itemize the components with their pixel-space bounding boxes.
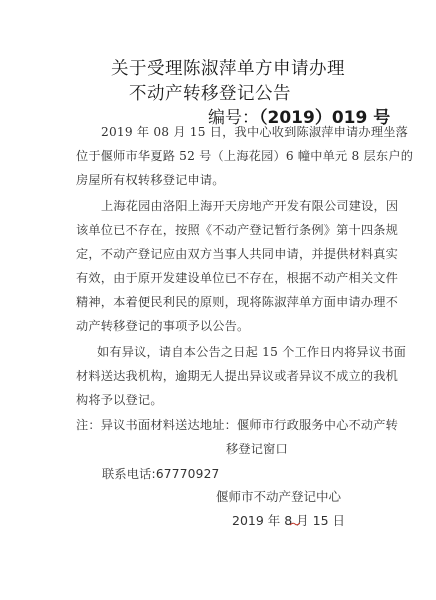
issuing-organization: 偃师市不动产登记中心	[216, 487, 341, 505]
text-line: 构将予以登记。	[76, 391, 163, 408]
text-line: 动产转移登记的事项予以公告。	[76, 317, 249, 334]
text-line: 2019 年 08 月 15 日，我中心收到陈淑萍申请办理坐落	[101, 123, 408, 140]
text-line: 移登记窗口	[226, 440, 288, 457]
text-line: 精神，本着便民利民的原则，现将陈淑萍单方面申请办理不	[76, 293, 398, 310]
red-mark-icon	[290, 522, 300, 526]
text-line: 有效，由于原开发建设单位已不存在，根据不动产相关文件	[76, 269, 398, 286]
text-line: 上海花园由洛阳上海开天房地产开发有限公司建设，因	[101, 197, 398, 214]
title-line-1: 关于受理陈淑萍单方申请办理	[10, 55, 436, 80]
contact-phone: 联系电话:67770927	[102, 465, 220, 482]
issue-date: 2019 年 8 月 15 日	[232, 511, 345, 529]
text-line: 如有异议，请自本公告之日起 15 个工作日内将异议书面	[97, 343, 406, 360]
text-line: 材料送达我机构，逾期无人提出异议或者异议不成立的我机	[76, 367, 398, 384]
title-line-2: 不动产转移登记公告	[0, 80, 428, 105]
text-line: 注：异议书面材料送达地址：偃师市行政服务中心不动产转	[76, 416, 398, 433]
text-line: 定，不动产登记应由双方当事人共同申请，并提供材料真实	[76, 245, 398, 262]
text-line: 该单位已不存在，按照《不动产登记暂行条例》第十四条规	[76, 221, 398, 238]
text-line: 位于偃师市华夏路 52 号（上海花园）6 幢中单元 8 层东户的	[76, 147, 413, 164]
text-line: 房屋所有权转移登记申请。	[76, 171, 225, 188]
